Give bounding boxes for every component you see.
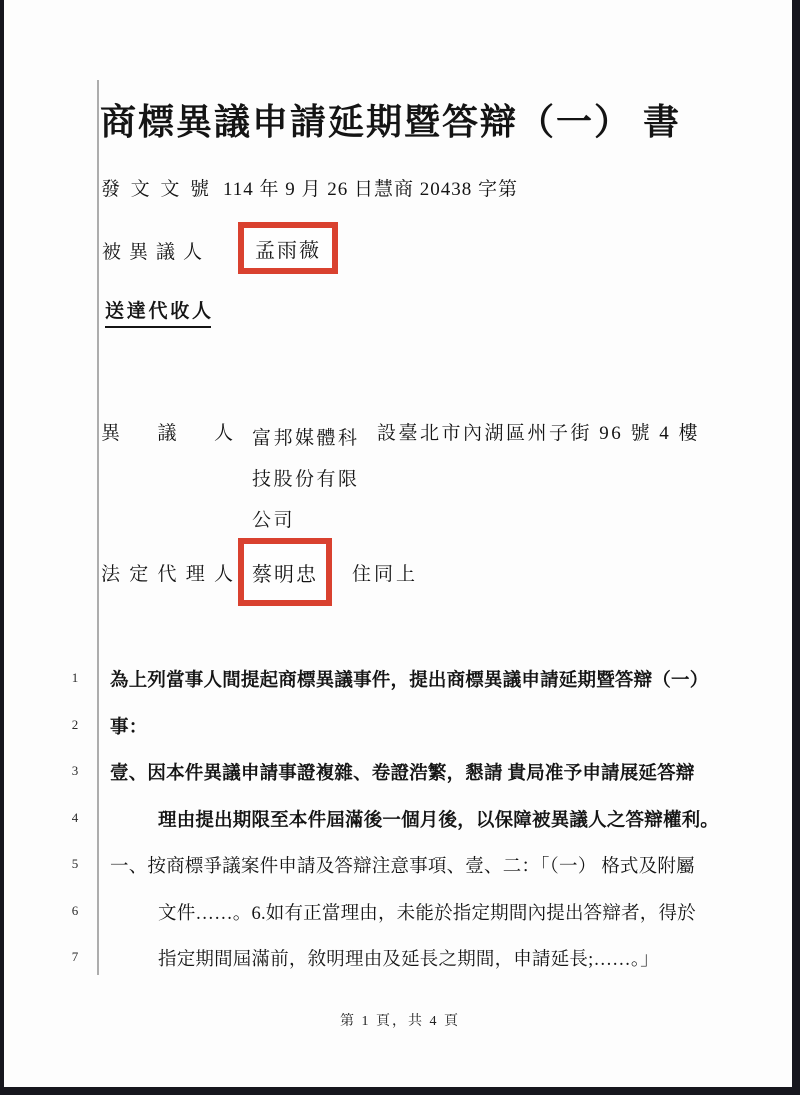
line-number: 2 [62,717,88,733]
legal-representative-highlight-box: 蔡明忠 [238,538,332,606]
body-line-text: 一、按商標爭議案件申請及答辯注意事項、壹、二：「（一） 格式及附屬 [110,852,695,878]
line-number: 7 [62,949,88,965]
screen-edge-left [0,0,4,1095]
service-agent-label: 送達代收人 [105,296,211,328]
opponent-address: 設臺北市內湖區州子街 96 號 4 樓 [377,418,700,445]
body-line-text: 為上列當事人間提起商標異議事件，提出商標異議申請延期暨答辯（一） [110,666,708,692]
screen-edge-bottom [0,1087,800,1095]
line-number: 6 [62,903,88,919]
legal-representative-name: 蔡明忠 [252,558,318,587]
screen-edge-right [792,0,800,1095]
line-number: 4 [62,810,88,826]
line-number: 3 [62,763,88,779]
line-number: 1 [62,670,88,686]
doc-number-value: 114 年 9 月 26 日慧商 20438 字第 [223,174,518,201]
opponent-name-line-2: 技股份有限 [252,459,360,500]
body-line-text: 指定期間屆滿前，敘明理由及延長之期間，申請延長;……。」 [158,945,659,971]
body-line-text: 文件……。6.如有正當理由，未能於指定期間內提出答辯者，得於 [158,899,696,925]
document-title: 商標異議申請延期暨答辯（一） 書 [100,94,681,145]
opposed-party-highlight-box: 孟雨薇 [238,222,338,274]
margin-rule [97,80,99,975]
body-line-text: 壹、因本件異議申請事證複雜、卷證浩繁，懇請 貴局准予申請展延答辯 [110,759,695,785]
line-number: 5 [62,856,88,872]
body-line-text: 事： [110,713,147,739]
opponent-name: 富邦媒體科 技股份有限 公司 [252,418,360,541]
legal-representative-label: 法定代理人 [101,559,233,586]
legal-representative-residence: 住同上 [352,559,418,586]
opponent-name-line-1: 富邦媒體科 [252,418,360,459]
opposed-party-name: 孟雨薇 [255,234,321,263]
body-line-text: 理由提出期限至本件屆滿後一個月後，以保障被異議人之答辯權利。 [158,806,719,832]
doc-number-label: 發文文號 [101,174,209,201]
page-footer: 第 1 頁，共 4 頁 [0,1010,800,1030]
opponent-name-line-3: 公司 [252,500,360,541]
opposed-party-label: 被異議人 [102,237,202,264]
opponent-label: 異議人 [101,418,233,445]
